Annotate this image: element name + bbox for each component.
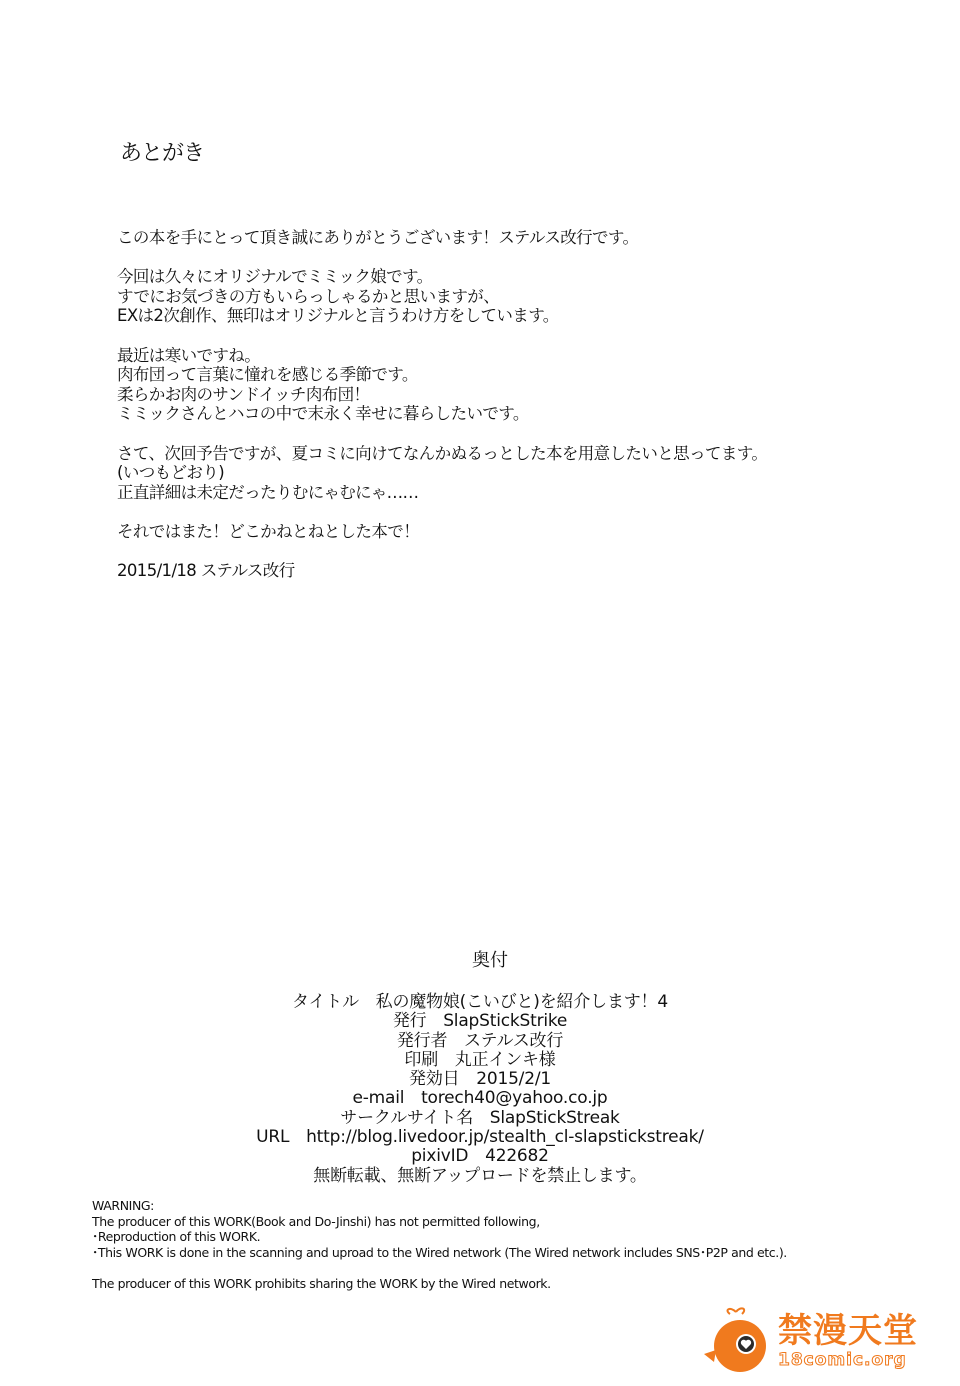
afterword-signature: 2015/1/18 ステルス改行 — [117, 561, 767, 581]
colophon-date: 発効日 2015/2/1 — [0, 1070, 960, 1089]
colophon-title: 奥付 — [20, 946, 960, 972]
colophon-notice: 無断転載、無断アップロードを禁止します。 — [0, 1167, 960, 1186]
afterword-line: 今回は久々にオリジナルでミミック娘です。 — [117, 267, 767, 287]
afterword-line: さて、次回予告ですが、夏コミに向けてなんかぬるっとした本を用意したいと思ってます… — [117, 444, 767, 464]
colophon-printer: 印刷 丸正インキ様 — [0, 1051, 960, 1070]
colophon-author: 発行者 ステルス改行 — [0, 1032, 960, 1051]
colophon-circle-site: サークルサイト名 SlapStickStreak — [0, 1109, 960, 1128]
afterword-line: 肉布団って言葉に憧れを感じる季節です。 — [117, 365, 767, 385]
warning-line: ･Reproduction of this WORK. — [92, 1229, 787, 1245]
paragraph-gap — [117, 248, 767, 268]
colophon-email: e-mail torech40@yahoo.co.jp — [0, 1089, 960, 1108]
warning-line: The producer of this WORK(Book and Do-Ji… — [92, 1214, 787, 1230]
afterword-heading: あとがき — [120, 136, 204, 167]
afterword-line: ミミックさんとハコの中で末永く幸せに暮らしたいです。 — [117, 404, 767, 424]
afterword-line: この本を手にとって頂き誠にありがとうございます！ステルス改行です。 — [117, 228, 767, 248]
paragraph-gap — [92, 1260, 787, 1276]
afterword-line: すでにお気づきの方もいらっしゃるかと思いますが、 — [117, 287, 767, 307]
afterword-line: 柔らかお肉のサンドイッチ肉布団！ — [117, 385, 767, 405]
colophon-url: URL http://blog.livedoor.jp/stealth_cl-s… — [0, 1128, 960, 1147]
warning-title: WARNING: — [92, 1198, 787, 1214]
afterword-line: EXは2次創作、無印はオリジナルと言うわけ方をしています。 — [117, 306, 767, 326]
afterword-body: この本を手にとって頂き誠にありがとうございます！ステルス改行です。 今回は久々に… — [117, 228, 767, 581]
afterword-line: 最近は寒いですね。 — [117, 346, 767, 366]
warning-line: ･This WORK is done in the scanning and u… — [92, 1245, 787, 1261]
watermark-name: 禁漫天堂 — [778, 1312, 918, 1350]
afterword-line: それではまた！どこかねとねとした本で！ — [117, 522, 767, 542]
colophon: 奥付 タイトル 私の魔物娘(こいびと)を紹介します！4 発行 SlapStick… — [0, 946, 960, 1186]
warning-line: The producer of this WORK prohibits shar… — [92, 1276, 787, 1292]
paragraph-gap — [117, 326, 767, 346]
colophon-pixiv-id: pixivID 422682 — [0, 1147, 960, 1166]
paragraph-gap — [117, 424, 767, 444]
watermark-logo: 禁漫天堂 18comic.org — [700, 1300, 940, 1382]
afterword-line: (いつもどおり) — [117, 463, 767, 483]
colophon-book-title: タイトル 私の魔物娘(こいびと)を紹介します！4 — [0, 993, 960, 1012]
paragraph-gap — [117, 542, 767, 562]
afterword-line: 正直詳細は未定だったりむにゃむにゃ…… — [117, 483, 767, 503]
colophon-publisher: 発行 SlapStickStrike — [0, 1012, 960, 1031]
watermark-domain: 18comic.org — [778, 1350, 907, 1370]
warning-block: WARNING: The producer of this WORK(Book … — [92, 1198, 787, 1291]
whale-mascot-icon — [700, 1304, 774, 1378]
paragraph-gap — [117, 502, 767, 522]
